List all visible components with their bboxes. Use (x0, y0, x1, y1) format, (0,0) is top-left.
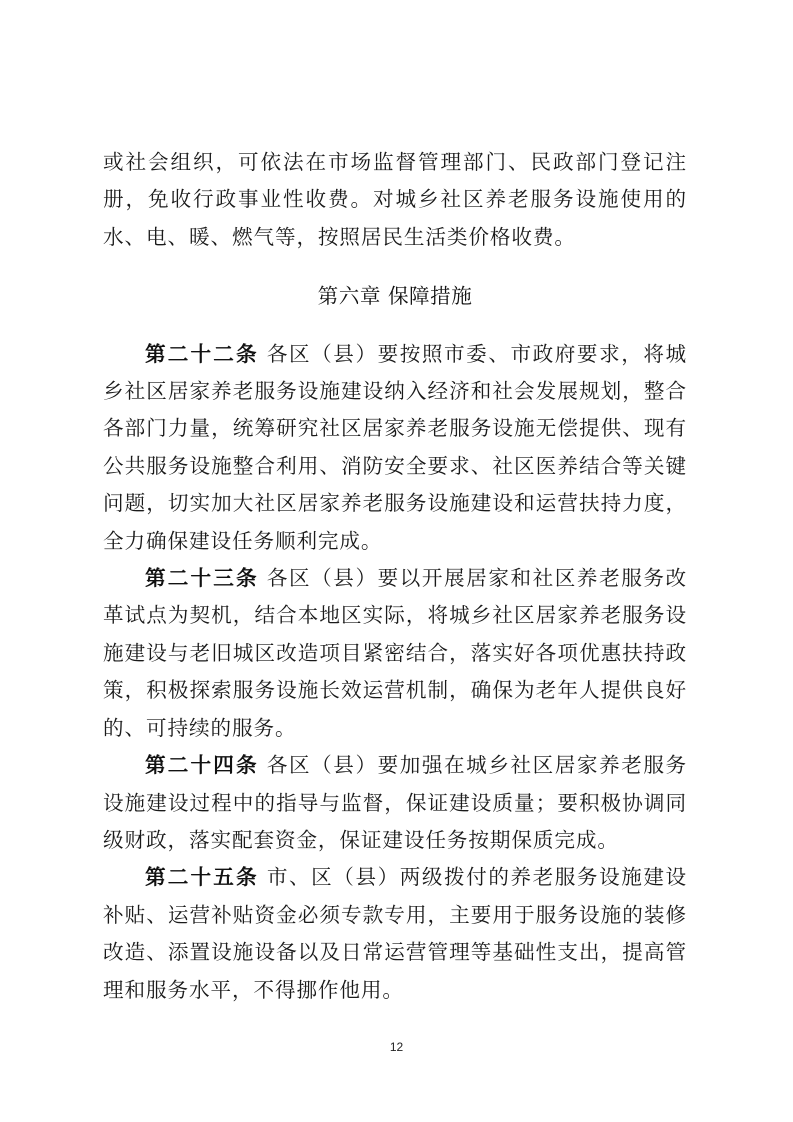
chapter-title: 第六章 保障措施 (103, 278, 687, 315)
article-22: 第二十二条 各区（县）要按照市委、市政府要求，将城乡社区居家养老服务设施建设纳入… (103, 336, 687, 560)
article-24: 第二十四条 各区（县）要加强在城乡社区居家养老服务设施建设过程中的指导与监督，保… (103, 747, 687, 859)
page-number: 12 (0, 1040, 793, 1054)
article-number: 第二十二条 (145, 342, 259, 366)
article-number: 第二十五条 (145, 865, 259, 889)
article-number: 第二十三条 (145, 566, 259, 590)
article-23: 第二十三条 各区（县）要以开展居家和社区养老服务改革试点为契机，结合本地区实际，… (103, 560, 687, 747)
article-25: 第二十五条 市、区（县）两级拨付的养老服务设施建设补贴、运营补贴资金必须专款专用… (103, 859, 687, 1009)
article-text: 各区（县）要以开展居家和社区养老服务改革试点为契机，结合本地区实际，将城乡社区居… (103, 566, 687, 740)
article-number: 第二十四条 (145, 753, 259, 777)
article-text: 各区（县）要按照市委、市政府要求，将城乡社区居家养老服务设施建设纳入经济和社会发… (103, 342, 687, 553)
intro-paragraph: 或社会组织，可依法在市场监督管理部门、民政部门登记注册，免收行政事业性收费。对城… (103, 144, 687, 256)
document-page: 或社会组织，可依法在市场监督管理部门、民政部门登记注册，免收行政事业性收费。对城… (0, 0, 793, 1122)
page-body: 或社会组织，可依法在市场监督管理部门、民政部门登记注册，免收行政事业性收费。对城… (103, 144, 687, 1009)
